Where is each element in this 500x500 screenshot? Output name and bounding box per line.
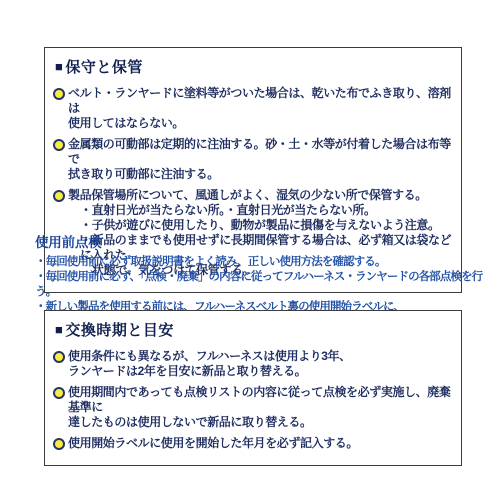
section-replacement-timing: ■ 交換時期と目安 使用条件にも異なるが、フルハーネスは使用より3年、 ランヤー… xyxy=(44,310,462,466)
text-line: ・毎回使用前に必ず取扱説明書をよく読み、正しい使用方法を確認する。 xyxy=(35,255,487,270)
bullet-item-line: ランヤードは2年を目安に新品と取り替える。 xyxy=(68,364,351,379)
bullet-item: 使用開始ラベルに使用を開始した年月を必ず記入する。 xyxy=(53,436,454,451)
bullet-item-line: 達したものは使用しないで新品に取り替える。 xyxy=(68,415,454,430)
bullet-item-line: 金属類の可動部は定期的に注油する。砂・土・水等が付着した場合は布等で xyxy=(68,137,454,167)
bullet-item-line: 使用開始ラベルに使用を開始した年月を必ず記入する。 xyxy=(68,436,358,451)
bullet-item-line: 使用期間内であっても点検リストの内容に従って点検を必ず実施し、廃棄基準に xyxy=(68,385,454,415)
bullet-item-line: 使用してはならない。 xyxy=(68,116,454,131)
section-header: ■ 交換時期と目安 xyxy=(55,319,454,340)
section-title: 使用前点検 xyxy=(35,231,487,251)
text-line: ・毎回使用前に必ず、「点検・廃棄」の内容に従ってフルハーネス・ランヤードの各部点… xyxy=(35,270,487,300)
circle-bullet-icon xyxy=(53,190,65,202)
bullet-item: 使用条件にも異なるが、フルハーネスは使用より3年、 ランヤードは2年を目安に新品… xyxy=(53,349,454,379)
bullet-item: 金属類の可動部は定期的に注油する。砂・土・水等が付着した場合は布等で 拭き取り可… xyxy=(53,137,454,182)
sub-bullet-line: ・直射日光が当たらない所。・直射日光が当たらない所。 xyxy=(68,203,454,218)
bullet-item: ベルト・ランヤードに塗料等がついた場合は、乾いた布でふき取り、溶剤は 使用しては… xyxy=(53,86,454,131)
section-title: 交換時期と目安 xyxy=(65,319,174,340)
circle-bullet-icon xyxy=(53,438,65,450)
section-title: 保守と保管 xyxy=(65,56,143,77)
circle-bullet-icon xyxy=(53,387,65,399)
bullet-item-line: 拭き取り可動部に注油する。 xyxy=(68,167,454,182)
manual-page: { "colors": { "background": "#ffffff", "… xyxy=(0,0,500,500)
square-marker-icon: ■ xyxy=(55,322,63,337)
section-header: ■ 保守と保管 xyxy=(55,56,454,77)
bullet-item-line: 製品保管場所について、風通しがよく、湿気の少ない所で保管する。 xyxy=(68,188,454,203)
circle-bullet-icon xyxy=(53,351,65,363)
bullet-item: 使用期間内であっても点検リストの内容に従って点検を必ず実施し、廃棄基準に 達した… xyxy=(53,385,454,430)
bullet-item-line: ベルト・ランヤードに塗料等がついた場合は、乾いた布でふき取り、溶剤は xyxy=(68,86,454,116)
square-marker-icon: ■ xyxy=(55,59,63,74)
circle-bullet-icon xyxy=(53,88,65,100)
circle-bullet-icon xyxy=(53,139,65,151)
bullet-item-line: 使用条件にも異なるが、フルハーネスは使用より3年、 xyxy=(68,349,351,364)
